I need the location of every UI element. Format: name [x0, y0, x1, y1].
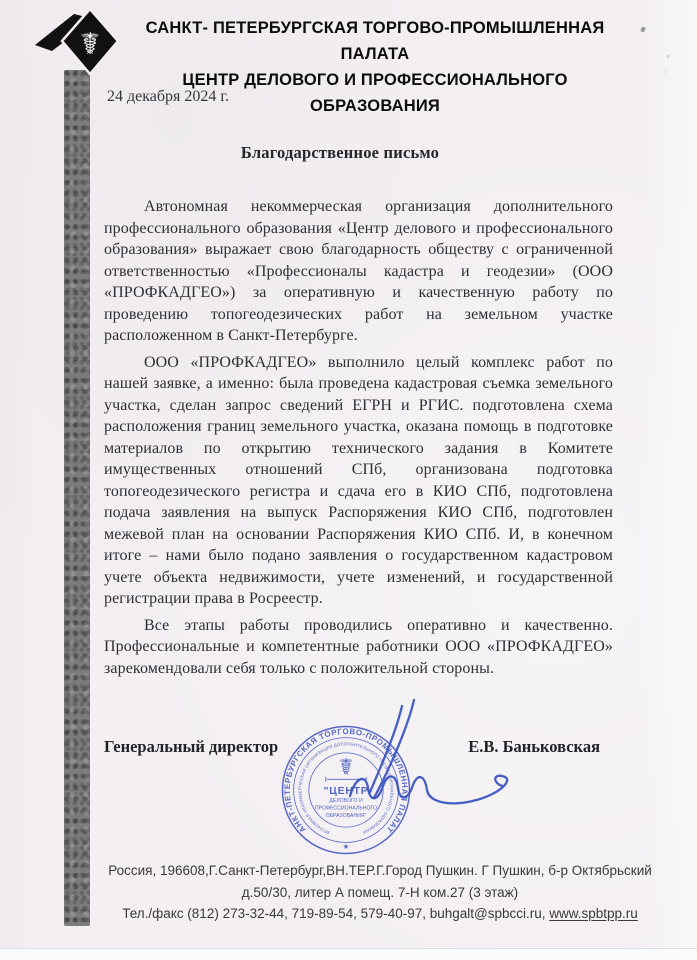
paragraph-3: Все этапы работы проводились оперативно …	[104, 615, 613, 680]
letterhead: ☤ САНКТ- ПЕТЕРБУРГСКАЯ ТОРГОВО-ПРОМЫШЛЕН…	[0, 0, 697, 80]
letter-title: Благодарственное письмо	[90, 143, 590, 163]
paragraph-2: ООО «ПРОФКАДГЕО» выполнило целый комплек…	[104, 352, 613, 610]
letter-date: 24 декабря 2024 г.	[107, 88, 229, 106]
signature-stroke	[350, 776, 507, 804]
chamber-logo: ☤	[32, 6, 132, 81]
org-name-line1: САНКТ- ПЕТЕРБУРГСКАЯ ТОРГОВО-ПРОМЫШЛЕННА…	[130, 15, 620, 67]
footer-address-line2: д.50/30, литер А помещ. 7-Н ком.27 (3 эт…	[90, 882, 670, 904]
scan-artifact-strip	[64, 70, 90, 926]
footer-website-link: www.spbtpp.ru	[549, 906, 638, 921]
signature-stroke	[374, 700, 414, 798]
scanned-letter-page: ☤ САНКТ- ПЕТЕРБУРГСКАЯ ТОРГОВО-ПРОМЫШЛЕН…	[0, 0, 697, 960]
stamp-star-icon: ★	[343, 842, 350, 851]
letter-footer: Россия, 196608,Г.Санкт-Петербург,ВН.ТЕР.…	[90, 860, 670, 925]
handwritten-signature	[328, 692, 528, 822]
letter-body: Автономная некоммерческая организация до…	[104, 196, 613, 684]
paragraph-1: Автономная некоммерческая организация до…	[104, 196, 613, 347]
footer-contacts-line: Тел./факс (812) 273-32-44, 719-89-54, 57…	[90, 903, 670, 925]
scanner-edge	[0, 948, 697, 960]
footer-address-line1: Россия, 196608,Г.Санкт-Петербург,ВН.ТЕР.…	[90, 860, 670, 882]
footer-phones-email: Тел./факс (812) 273-32-44, 719-89-54, 57…	[122, 906, 549, 921]
signatory-role: Генеральный директор	[104, 737, 278, 757]
logo-caduceus-icon: ☤	[80, 27, 100, 62]
